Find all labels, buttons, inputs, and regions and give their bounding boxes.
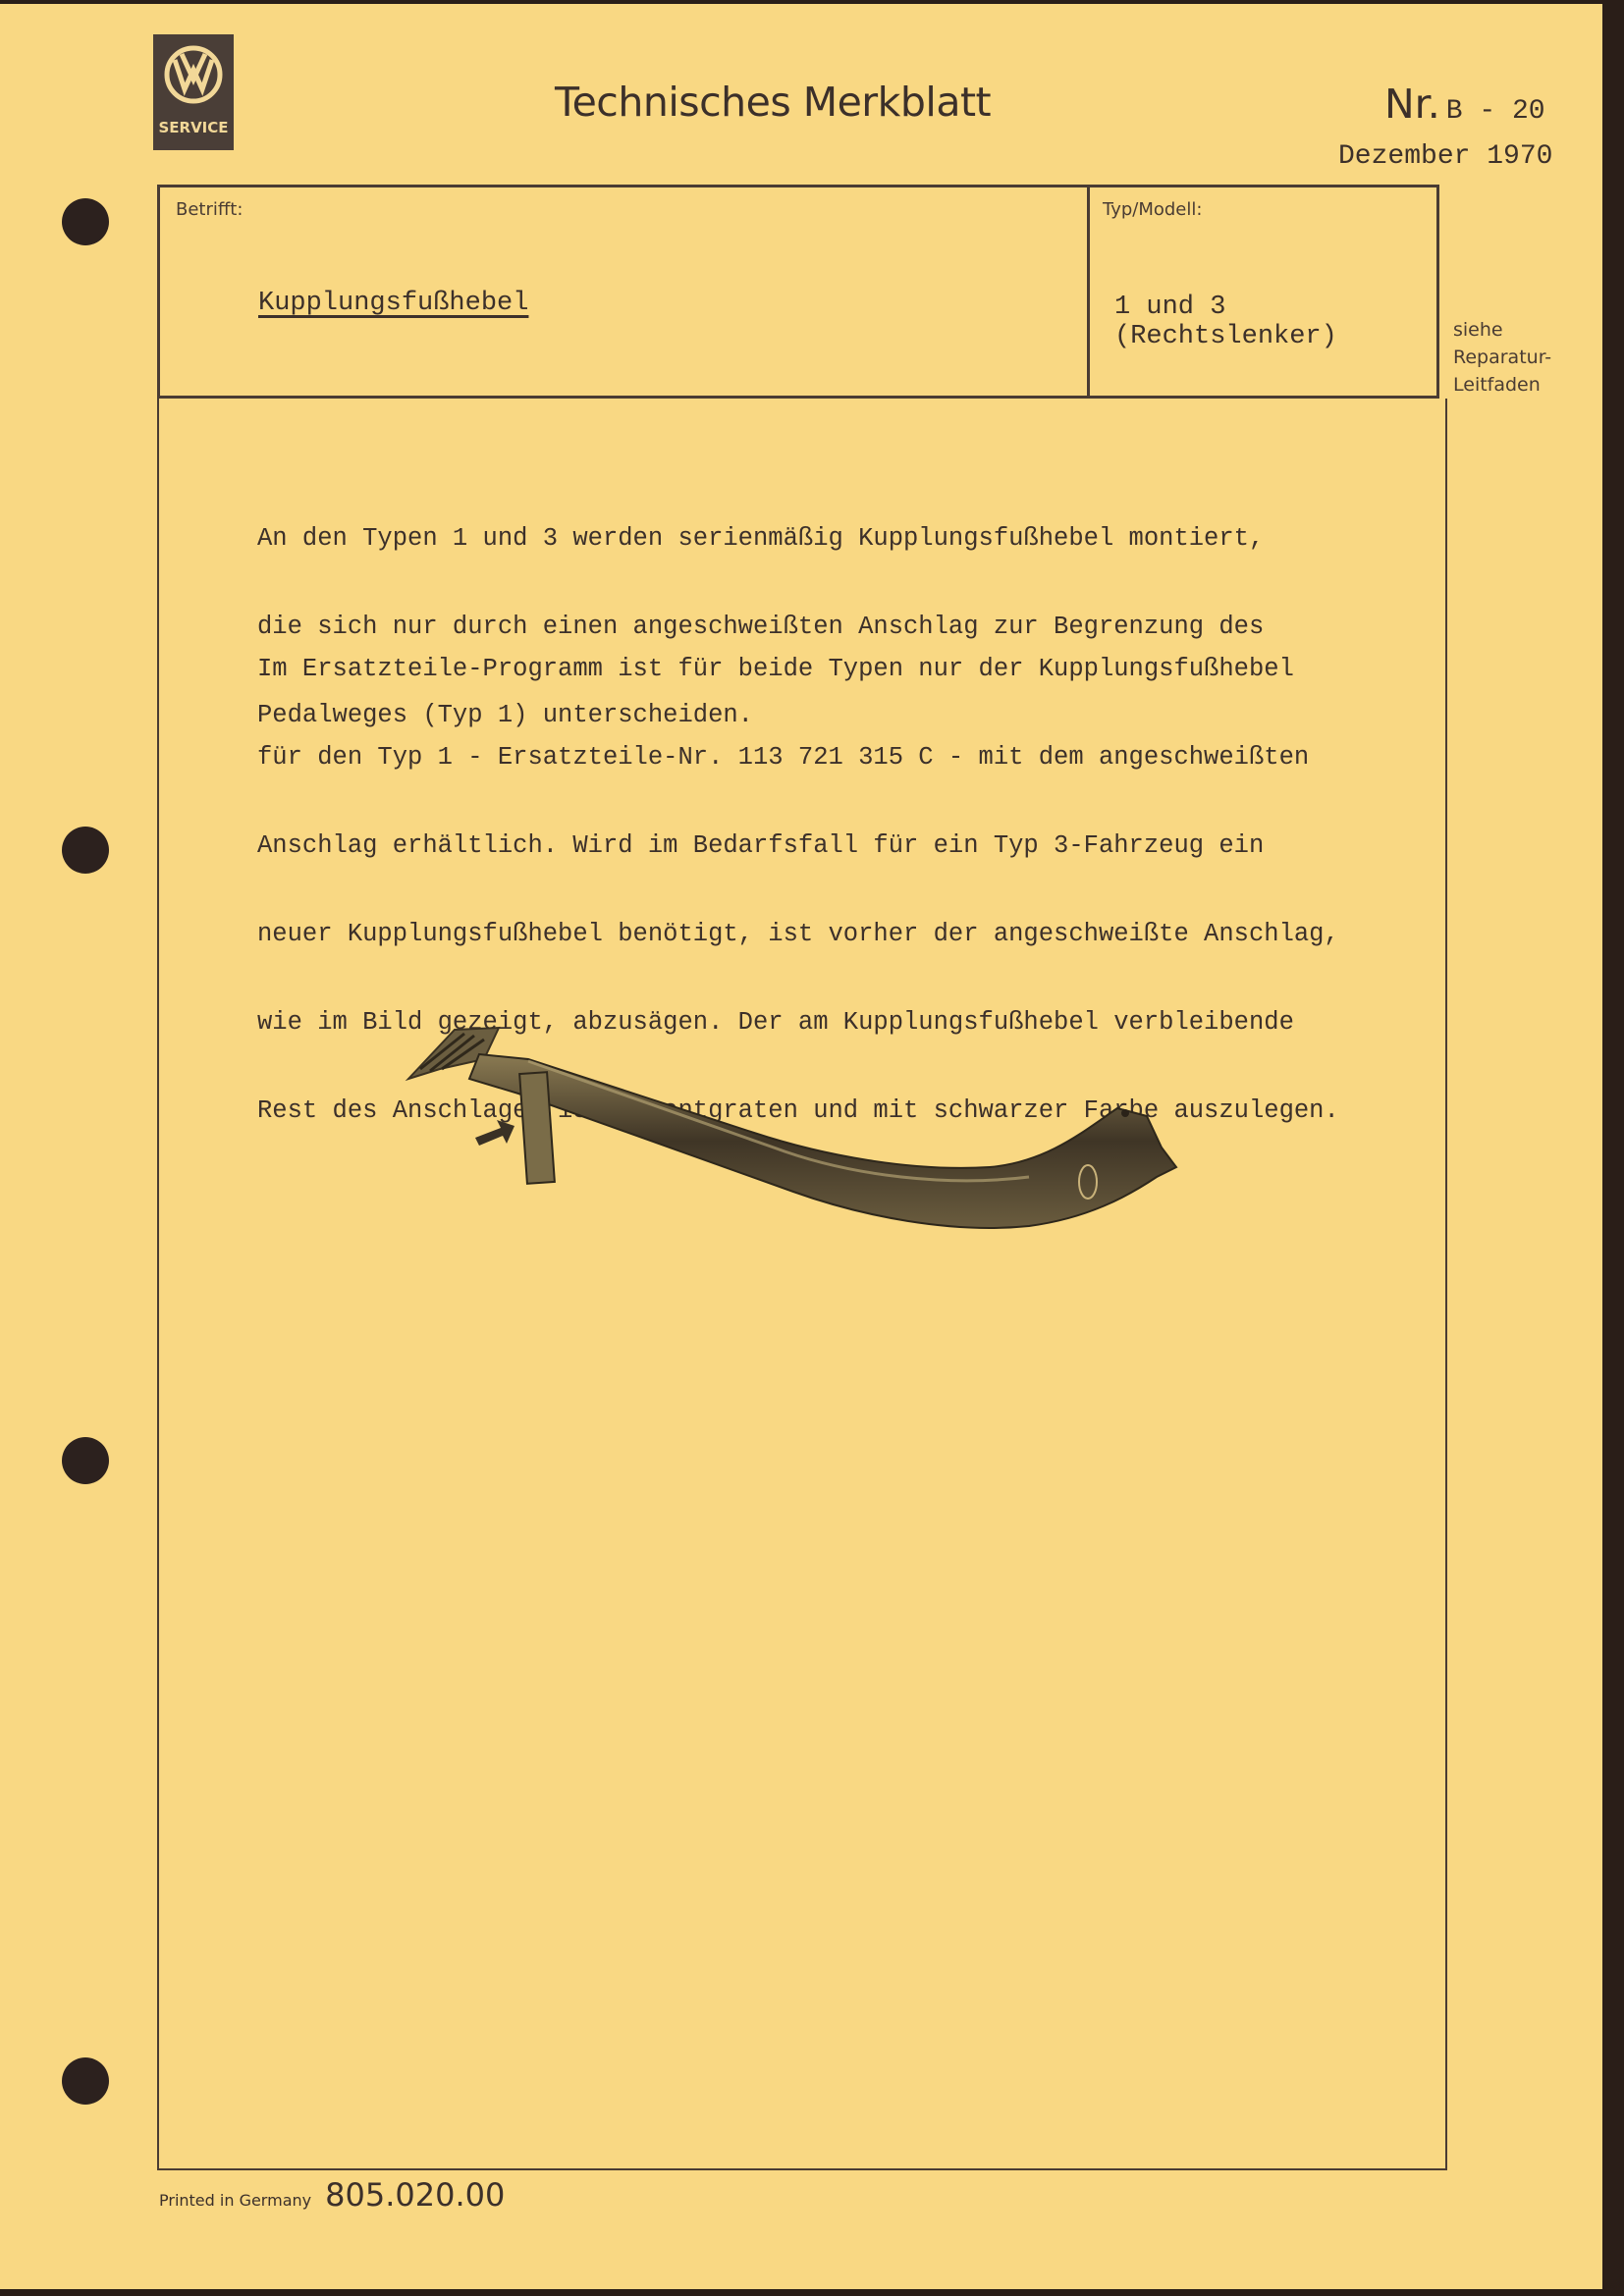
vw-emblem-icon — [163, 44, 224, 105]
print-code: 805.020.00 — [325, 2176, 505, 2214]
punch-hole — [62, 1437, 109, 1484]
footer: Printed in Germany805.020.00 — [159, 2176, 505, 2214]
info-box: Betrifft: Kupplungsfußhebel Typ/Modell: … — [157, 185, 1439, 399]
printed-in-germany: Printed in Germany — [159, 2191, 311, 2210]
text-line: Im Ersatzteile-Programm ist für beide Ty… — [257, 655, 1339, 684]
type-label: Typ/Modell: — [1103, 199, 1202, 220]
document-page: SERVICE Technisches Merkblatt Nr.B - 20 … — [0, 4, 1602, 2289]
vw-service-logo: SERVICE — [153, 34, 234, 150]
clutch-pedal-lever-image — [401, 1000, 1206, 1255]
document-number: Nr.B - 20 — [1384, 80, 1545, 128]
text-line: neuer Kupplungsfußhebel benötigt, ist vo… — [257, 920, 1339, 949]
text-line: Anschlag erhältlich. Wird im Bedarfsfall… — [257, 831, 1339, 861]
subject-value: Kupplungsfußhebel — [258, 289, 528, 318]
see-also-line: siehe — [1453, 316, 1551, 344]
number-prefix: Nr. — [1384, 80, 1440, 128]
clutch-pedal-figure — [401, 1000, 1206, 1260]
type-value-line1: 1 und 3 — [1114, 293, 1225, 322]
text-line: für den Typ 1 - Ersatzteile-Nr. 113 721 … — [257, 743, 1339, 773]
punch-hole — [62, 827, 109, 874]
number-value: B - 20 — [1446, 96, 1545, 127]
type-value: 1 und 3(Rechtslenker) — [1114, 293, 1337, 351]
document-title: Technisches Merkblatt — [555, 79, 991, 126]
type-value-line2: (Rechtslenker) — [1114, 322, 1337, 351]
see-also-note: siehe Reparatur- Leitfaden — [1453, 316, 1551, 399]
see-also-line: Leitfaden — [1453, 371, 1551, 399]
punch-hole — [62, 2057, 109, 2105]
document-date: Dezember 1970 — [1338, 141, 1552, 172]
text-line: An den Typen 1 und 3 werden serienmäßig … — [257, 524, 1264, 554]
logo-service-text: SERVICE — [153, 119, 234, 136]
punch-hole — [62, 198, 109, 245]
subject-label: Betrifft: — [176, 199, 243, 220]
info-box-divider — [1087, 187, 1090, 396]
see-also-line: Reparatur- — [1453, 344, 1551, 371]
